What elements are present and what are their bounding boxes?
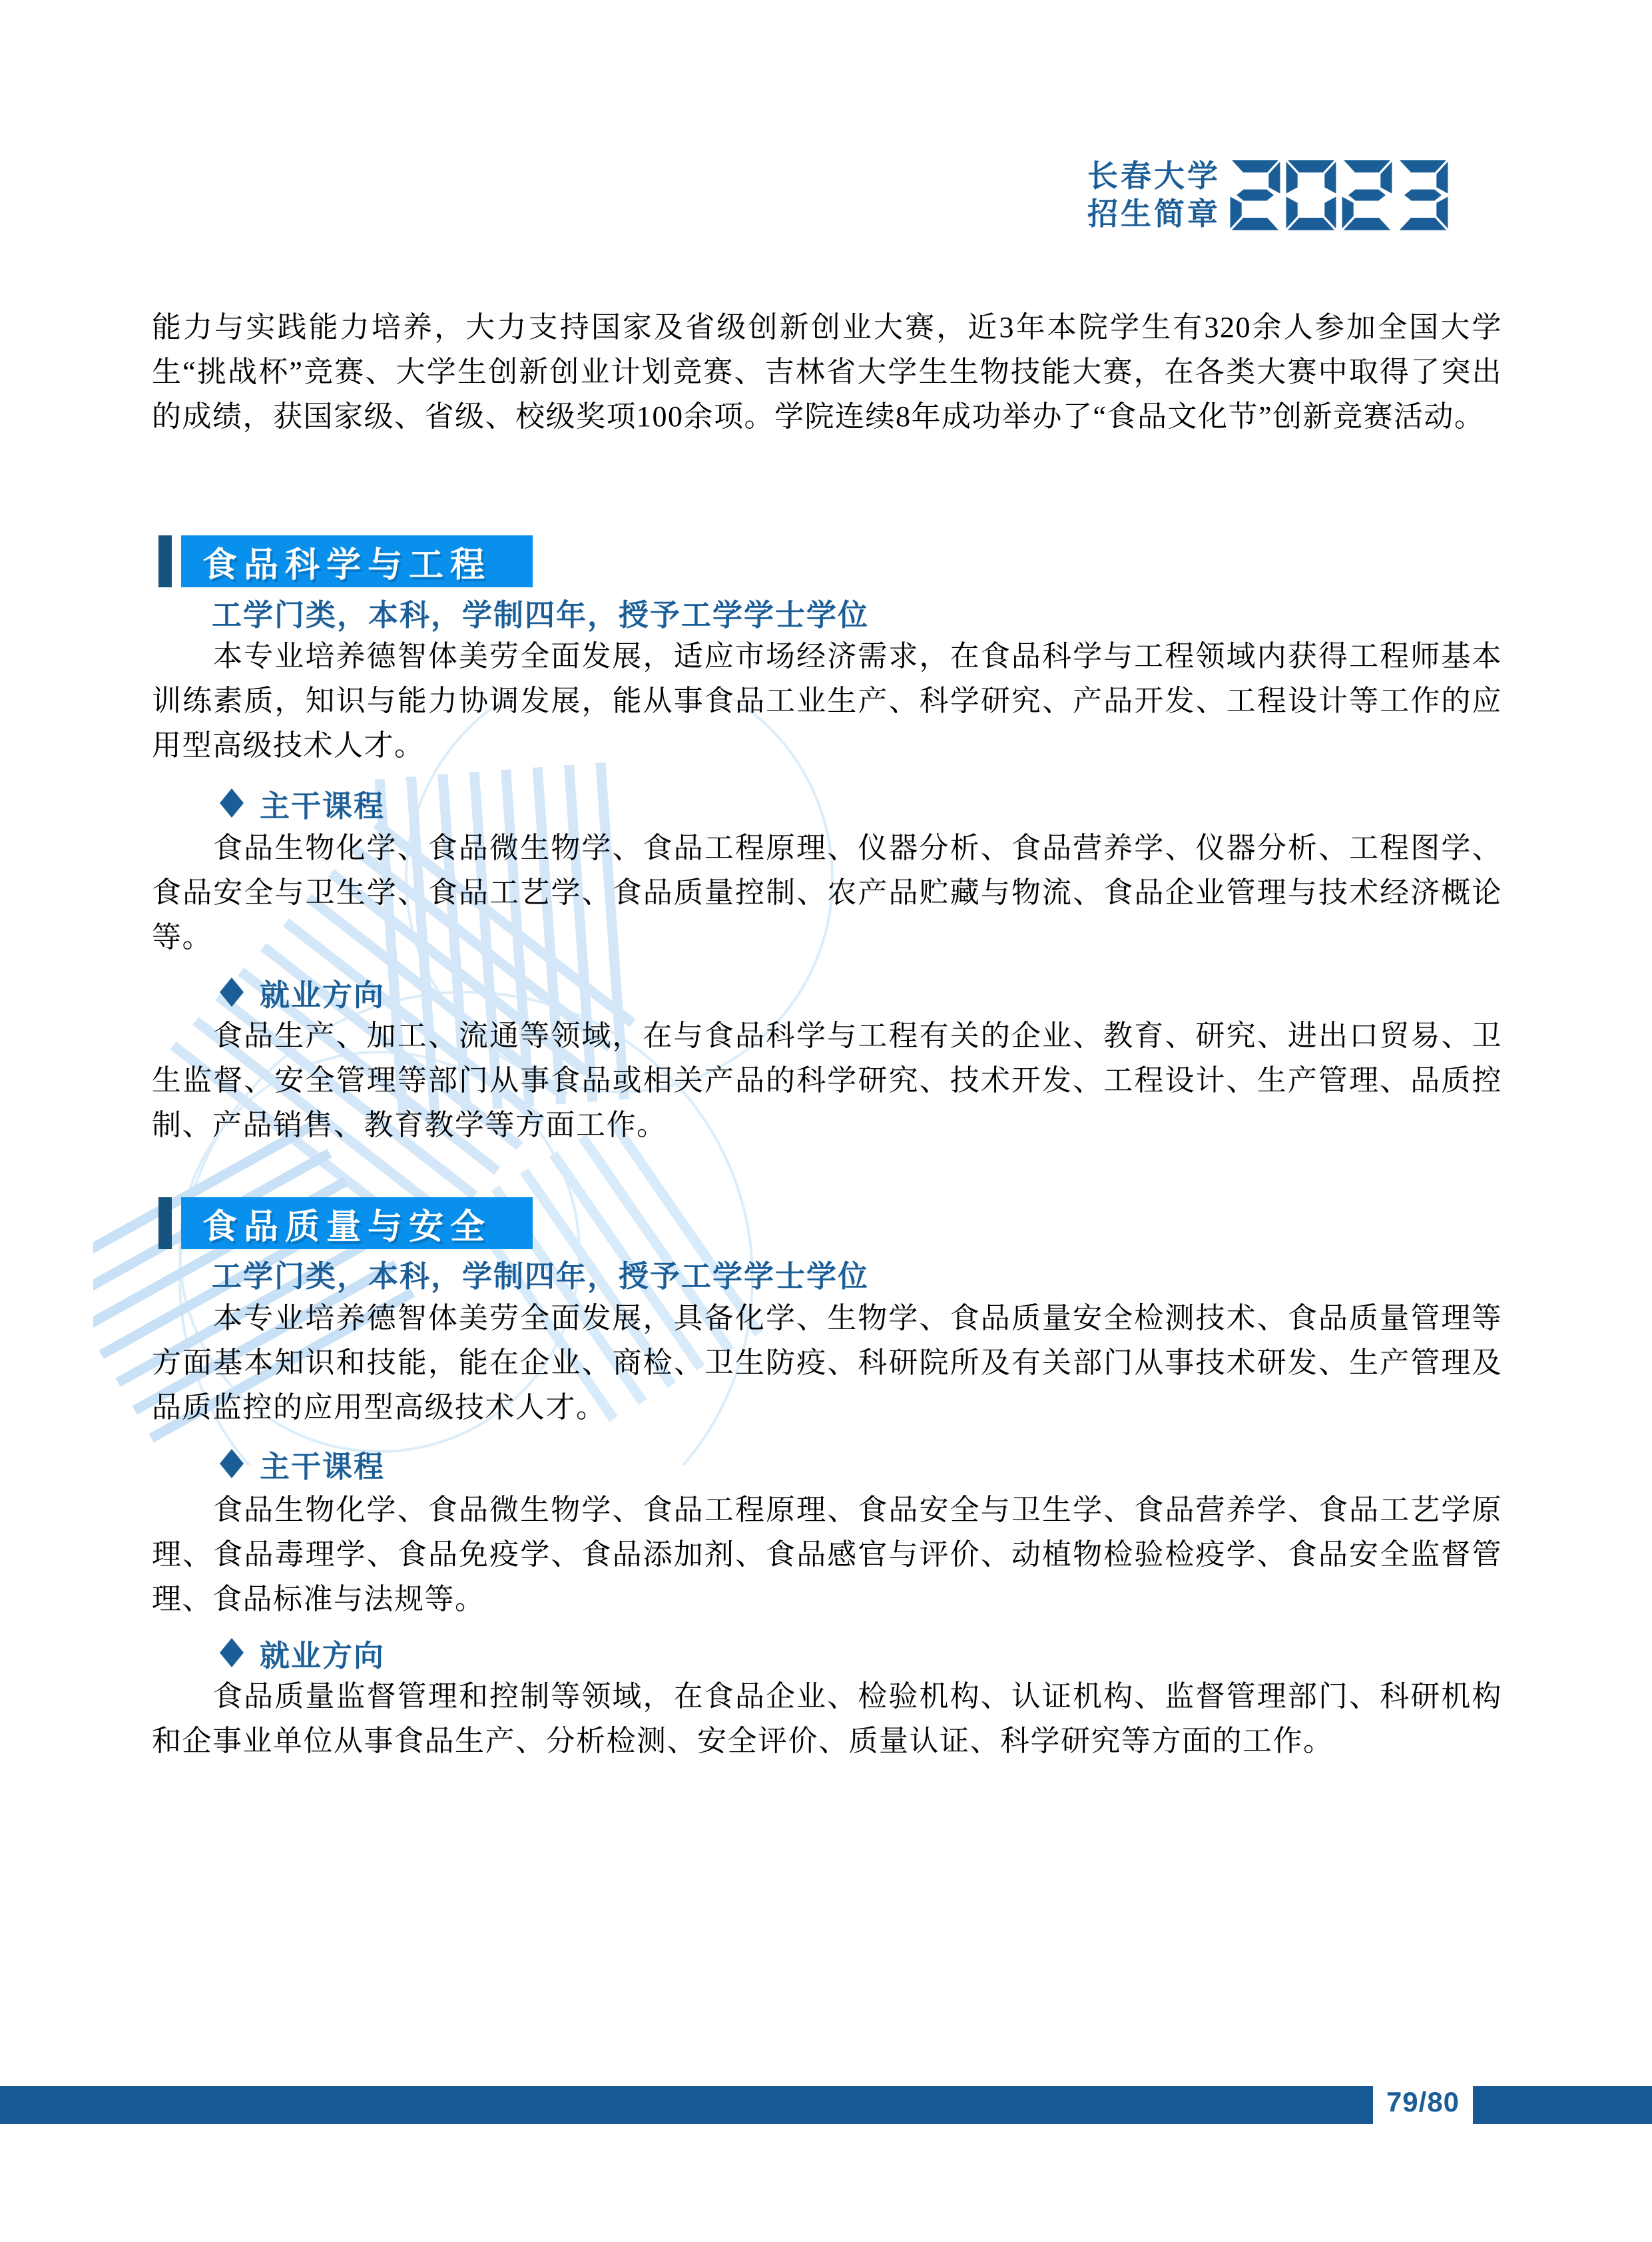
brochure-page: 长春大学 招生简章 能力与实践能力培养，大力支持国家及省级创新创业大赛，近3年本… [0,0,1652,2242]
section-1-description: 本专业培养德智体美劳全面发展，适应市场经济需求，在食品科学与工程领域内获得工程师… [152,634,1502,768]
section-2-career: 食品质量监督管理和控制等领域，在食品企业、检验机构、认证机构、监督管理部门、科研… [152,1674,1502,1763]
section-1-header: 食品科学与工程 [158,535,533,587]
university-name: 长春大学 [1087,157,1221,195]
section-2-courses: 食品生物化学、食品微生物学、食品工程原理、食品安全与卫生学、食品营养学、食品工艺… [152,1488,1502,1621]
career-heading-label: 就业方向 [260,971,385,1014]
logo-text: 长春大学 招生简章 [1087,157,1221,233]
section-1-subtitle: 工学门类，本科，学制四年，授予工学学士学位 [212,595,869,636]
diamond-bullet-icon [220,978,244,1007]
diamond-bullet-icon [220,788,244,818]
section-2-subtitle: 工学门类，本科，学制四年，授予工学学士学位 [212,1256,869,1297]
section-1-career: 食品生产、加工、流通等领域，在与食品科学与工程有关的企业、教育、研究、进出口贸易… [152,1013,1502,1147]
section-accent-bar [158,535,172,587]
section-2-courses-heading: 主干课程 [220,1444,385,1484]
courses-heading-label: 主干课程 [260,1442,385,1486]
page-number: 79/80 [1386,2086,1460,2118]
intro-paragraph: 能力与实践能力培养，大力支持国家及省级创新创业大赛，近3年本院学生有320余人参… [152,305,1502,439]
diamond-bullet-icon [220,1449,244,1478]
year-seven-segment-display [1230,158,1448,232]
page-number-box: 79/80 [1373,2080,1473,2124]
section-2-title: 食品质量与安全 [181,1197,533,1249]
courses-heading-label: 主干课程 [260,782,385,825]
section-1-courses: 食品生物化学、食品微生物学、食品工程原理、仪器分析、食品营养学、仪器分析、工程图… [152,826,1502,960]
brochure-name: 招生简章 [1087,195,1221,233]
section-accent-bar [158,1197,172,1249]
section-1-career-heading: 就业方向 [220,972,385,1012]
career-heading-label: 就业方向 [260,1631,385,1675]
diamond-bullet-icon [220,1638,244,1667]
section-2-header: 食品质量与安全 [158,1197,533,1249]
header-logo: 长春大学 招生简章 [1087,157,1448,233]
section-2-description: 本专业培养德智体美劳全面发展，具备化学、生物学、食品质量安全检测技术、食品质量管… [152,1296,1502,1430]
section-1-title: 食品科学与工程 [181,535,533,587]
section-2-career-heading: 就业方向 [220,1633,385,1673]
section-1-courses-heading: 主干课程 [220,783,385,823]
